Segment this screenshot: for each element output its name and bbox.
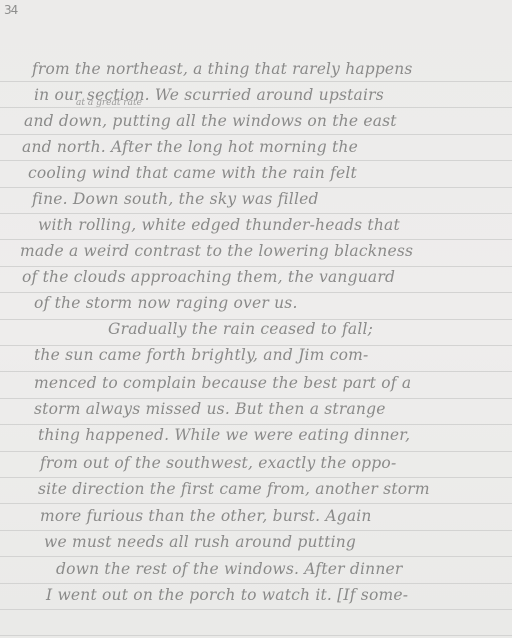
handwritten-text: from the northeast, a thing that rarely …: [0, 0, 512, 638]
text-line: menced to complain because the best part…: [34, 374, 411, 392]
text-line: I went out on the porch to watch it. [If…: [46, 586, 408, 604]
text-line: and north. After the long hot morning th…: [22, 138, 358, 156]
text-line: the sun came forth brightly, and Jim com…: [34, 346, 368, 364]
text-line: more furious than the other, burst. Agai…: [40, 507, 372, 525]
text-line: with rolling, white edged thunder-heads …: [38, 216, 400, 234]
text-line: storm always missed us. But then a stran…: [34, 400, 386, 418]
text-line: of the storm now raging over us.: [34, 294, 298, 312]
text-line: in our section. We scurried around upsta…: [34, 86, 384, 104]
text-line: cooling wind that came with the rain fel…: [28, 164, 357, 182]
text-line: and down, putting all the windows on the…: [24, 112, 397, 130]
text-line: site direction the first came from, anot…: [38, 480, 430, 498]
text-line: of the clouds approaching them, the vang…: [22, 268, 395, 286]
text-line: fine. Down south, the sky was filled: [32, 190, 319, 208]
notebook-page: 34 at a great rate from the northeast, a…: [0, 0, 512, 638]
text-line: down the rest of the windows. After dinn…: [56, 560, 403, 578]
text-line: from out of the southwest, exactly the o…: [40, 454, 396, 472]
text-line: Gradually the rain ceased to fall;: [108, 320, 373, 338]
text-line: made a weird contrast to the lowering bl…: [20, 242, 413, 260]
text-line: we must needs all rush around putting: [44, 533, 356, 551]
text-line: thing happened. While we were eating din…: [38, 426, 410, 444]
text-line: from the northeast, a thing that rarely …: [32, 60, 500, 78]
